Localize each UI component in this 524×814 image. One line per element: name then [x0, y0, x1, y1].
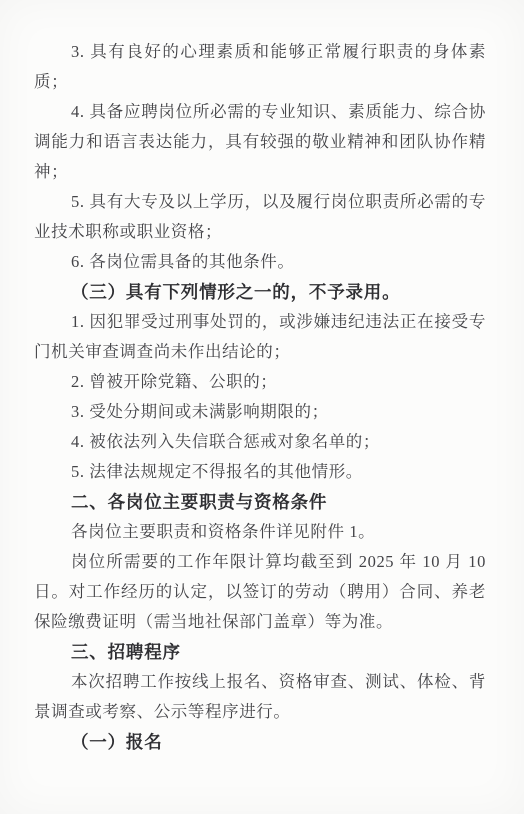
text-line: 3. 受处分期间或未满影响期限的；	[34, 397, 486, 427]
text-line: 调能力和语言表达能力，具有较强的敬业精神和团队协作精	[34, 127, 486, 157]
text-line: 景调查或考察、公示等程序进行。	[34, 697, 486, 727]
text-line: 业技术职称或职业资格；	[34, 217, 486, 247]
text-line: 各岗位主要职责和资格条件详见附件 1。	[34, 517, 486, 547]
text-line: 4. 被依法列入失信联合惩戒对象名单的；	[34, 427, 486, 457]
section-heading: 二、各岗位主要职责与资格条件	[34, 487, 486, 517]
text-line: 岗位所需要的工作年限计算均截至到 2025 年 10 月 10	[34, 547, 486, 577]
text-line: 3. 具有良好的心理素质和能够正常履行职责的身体素	[34, 37, 486, 67]
text-line: 5. 具有大专及以上学历，以及履行岗位职责所必需的专	[34, 187, 486, 217]
text-line: 神；	[34, 157, 486, 187]
document-body: 3. 具有良好的心理素质和能够正常履行职责的身体素质；4. 具备应聘岗位所必需的…	[34, 37, 486, 757]
text-line: 质；	[34, 67, 486, 97]
section-heading: 三、招聘程序	[34, 637, 486, 667]
text-line: 2. 曾被开除党籍、公职的；	[34, 367, 486, 397]
text-line: 保险缴费证明（需当地社保部门盖章）等为准。	[34, 607, 486, 637]
text-line: 本次招聘工作按线上报名、资格审查、测试、体检、背	[34, 667, 486, 697]
text-line: 门机关审查调查尚未作出结论的；	[34, 337, 486, 367]
text-line: 5. 法律法规规定不得报名的其他情形。	[34, 457, 486, 487]
document-page: 3. 具有良好的心理素质和能够正常履行职责的身体素质；4. 具备应聘岗位所必需的…	[0, 0, 524, 814]
text-line: 6. 各岗位需具备的其他条件。	[34, 247, 486, 277]
text-line: 1. 因犯罪受过刑事处罚的，或涉嫌违纪违法正在接受专	[34, 307, 486, 337]
section-heading: （三）具有下列情形之一的，不予录用。	[34, 277, 486, 307]
text-line: 4. 具备应聘岗位所必需的专业知识、素质能力、综合协	[34, 97, 486, 127]
section-heading: （一）报名	[34, 727, 486, 757]
text-line: 日。对工作经历的认定，以签订的劳动（聘用）合同、养老	[34, 577, 486, 607]
